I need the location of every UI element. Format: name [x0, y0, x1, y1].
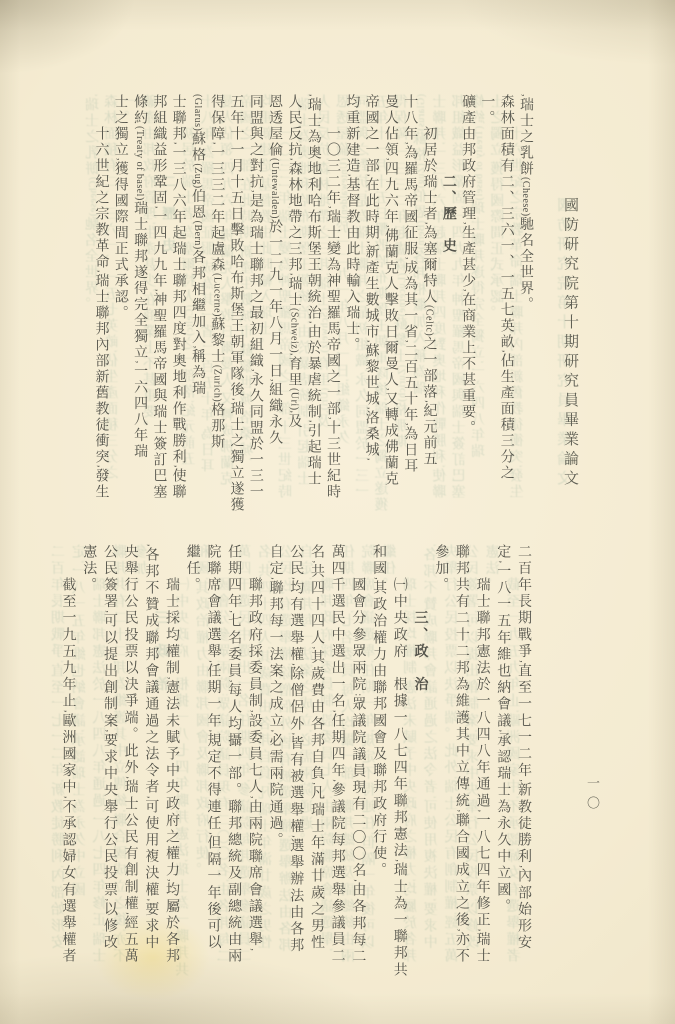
page-number: 一〇 [583, 776, 602, 816]
text-column: 自定,聯邦每一法案之成立,必需兩院通過。 [264, 544, 285, 1010]
text-column: 人民反抗,森林地帶之三邦,瑞士(Schweiz),育里(Uri),及 [284, 94, 303, 514]
text-column: 聯邦共有二十二邦為維護其中立傳統,聯合國成立之後,亦不 [450, 544, 471, 1010]
text-column: ,瑞士為奧地利哈布斯堡王朝統治,由於暴虐統制,引起瑞士 [303, 94, 322, 514]
text-column: 得保障,一三三二年起盧森(Lucerne)蘇黎士(Zurich)格那斯 [207, 94, 226, 514]
text-column: 萬四千選民中選出一名,任期四年,參議院每邦選舉參議員二 [326, 544, 347, 1010]
text-column: 一〇三二年,瑞士變為神聖羅馬帝國之一部,十三世紀時 [323, 94, 342, 514]
text-column: 礦產由邦政府管理,生產甚少,在商業上不甚重要。 [458, 94, 477, 514]
upper-text-block: ,瑞士之乳餅(Cheese)馳名全世界。森林面積有二、三六一、一五七英畝,佔生產… [89, 94, 535, 514]
text-column: 和國,其政治權力由聯邦國會及聯邦政府行使。 [367, 544, 388, 1010]
text-column: 初居於瑞士者,為塞爾特人(Celtc)之一部落,紀元前五 [419, 94, 438, 514]
section-heading: 三、政 治 [409, 544, 430, 1010]
text-column: 二百年長期戰爭,直至一七一二年,新教徒勝利,內部始形安 [512, 544, 533, 1010]
text-column: 邦組織益形鞏固,一四九九年,神聖羅馬帝國與瑞士簽訂巴塞 [149, 94, 168, 514]
text-column: 士聯邦,一三八六年起瑞士聯邦四度對奧地利作戰勝利,使聯 [168, 94, 187, 514]
text-column: 瑞士聯邦憲法於一八四八年通過,一八七四年修正,瑞士 [471, 544, 492, 1010]
text-column: ,各邦不贊成聯邦會議通過之法令者,可使用複決權,要求中 [140, 544, 161, 1010]
text-column: 參加。 [429, 544, 450, 1010]
text-column: 公民簽署,可以提出創制案,要求中央舉行公民投票,以修改 [98, 544, 119, 1010]
text-column: 憲法。 [78, 544, 99, 1010]
text-column: (Glarus)蘇格(Zug)伯恩(Bern)各邦相繼加入,稱為瑞 [188, 94, 207, 514]
text-column: 條約(Treaty of basel)瑞士聯邦遂得完全獨立,一六四八年瑞 [130, 94, 149, 514]
text-column: 一。 [477, 94, 496, 514]
text-column: 士之獨立,獲得國際間正式承認。 [110, 94, 129, 514]
text-column: 聯邦政府採委員制,設委員七人,由兩院聯席會議選舉, [243, 544, 264, 1010]
text-column: 曼人佔領,四九六年,佛蘭克人擊敗日爾曼人,又轉成佛蘭克 [381, 94, 400, 514]
text-column: 截至一九五九年止,歐洲國家中,不承認婦女有選舉權者 [57, 544, 78, 1010]
text-column: ㈠中央政府 根據一八七四年聯邦憲法,瑞士為一聯邦共 [388, 544, 409, 1010]
text-column: 繼任。 [181, 544, 202, 1010]
text-column: 名,共四十四人,其歲費由各邦自負,凡瑞士年滿廿歲之男性 [305, 544, 326, 1010]
text-column: 同盟與之對抗,是為瑞士聯邦之最初組織,永久同盟於一三一 [246, 94, 265, 514]
text-column: 恩透屋倫(Untewalden)於一二九一年八月一日,組織永久 [265, 94, 284, 514]
text-column: 十六世紀之宗教革命,瑞士聯邦內部新舊教徒衝突,發生 [91, 94, 110, 514]
text-column: 國會分參眾兩院:眾議院議員現有二〇〇名,由各邦每二 [347, 544, 368, 1010]
lower-text-block: 二百年長期戰爭,直至一七一二年,新教徒勝利,內部始形安定,一八一五年維也納會議,… [55, 544, 533, 1010]
text-column: 定,一八一五年維也納會議,承認瑞士為永久中立國。 [492, 544, 513, 1010]
text-column: 瑞士採均權制,憲法未賦予中央政府之權力,均屬於各邦 [160, 544, 181, 1010]
text-column: 公民,均有選舉權,除僧侶外,皆有被選舉權,選舉辦法由各邦 [285, 544, 306, 1010]
section-heading: 二、歷 史 [439, 94, 458, 514]
text-column: 院聯席會議選舉,任期一年,規定不得連任,但隔一年後可以 [202, 544, 223, 1010]
text-column: 帝國之一部,在此時期,新產生數城市,蘇黎世城,洛桑城, [361, 94, 380, 514]
scanned-page: ,瑞士之乳餅(Cheese)馳名全世界。森林面積有二、三六一、一五七英畝,佔生產… [0, 0, 675, 1024]
text-column: 任期四年,七名委員,每人均攝一部。聯邦總統及副總統由兩 [222, 544, 243, 1010]
text-column: ,瑞士之乳餅(Cheese)馳名全世界。 [516, 94, 535, 514]
margin-title: 國防研究院第十期研究員畢業論文 [560, 197, 581, 490]
text-column: 十八年,為羅馬帝國征服,成為其一省,二百五十年,為日耳 [400, 94, 419, 514]
text-column: 均重新建造,基督教由此時輸入瑞士。 [342, 94, 361, 514]
text-column: 央舉行公民投票以決爭端。此外,瑞士公民有創制權,經五萬 [119, 544, 140, 1010]
text-column: 五年十一月十五日擊敗哈布斯堡王朝軍隊後,瑞士之獨立遂獲 [226, 94, 245, 514]
text-column: 森林面積有二、三六一、一五七英畝,佔生產面積三分之 [496, 94, 515, 514]
